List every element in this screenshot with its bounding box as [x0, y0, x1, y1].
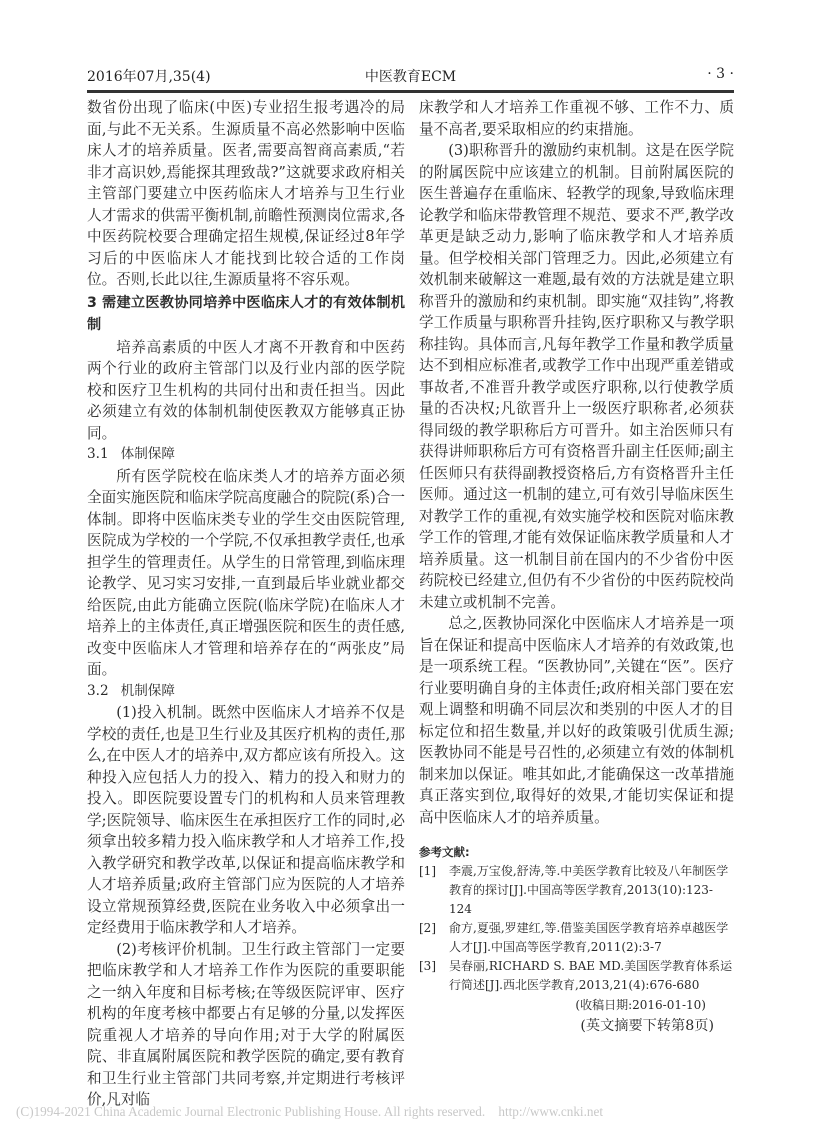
reference-item: [3]吴春丽,RICHARD S. BAE MD.美国医学教育体系运行简述[J]… [419, 957, 734, 995]
references-heading: 参考文献: [419, 842, 734, 862]
paragraph-continuation: 数省份出现了临床(中医)专业招生报考遇冷的局面,与此不无关系。生源质量不高必然影… [87, 97, 405, 291]
promotion-mechanism-paragraph: (3)职称晋升的激励约束机制。这是在医学院的附属医院中应该建立的机制。目前附属医… [419, 140, 734, 613]
reference-text: 俞方,夏强,罗建红,等.借鉴美国医学教育培养卓越医学人才[J].中国高等医学教育… [449, 921, 728, 954]
reference-text: 李震,万宝俊,舒涛,等.中美医学教育比较及八年制医学教育的探讨[J].中国高等医… [449, 864, 728, 916]
reference-number: [3] [419, 957, 449, 976]
subsection-3-1-text: 所有医学院校在临床类人才的培养方面必须全面实施医院和临床学院高度融合的院院(系)… [87, 466, 405, 681]
page-number: · 3 · [707, 66, 734, 82]
left-column: 数省份出现了临床(中医)专业招生报考遇冷的局面,与此不无关系。生源质量不高必然影… [87, 97, 405, 1111]
right-column: 床教学和人才培养工作重视不够、工作不力、质量不高者,要采取相应的约束措施。 (3… [419, 97, 734, 1037]
investment-mechanism-paragraph: (1)投入机制。既然中医临床人才培养不仅是学校的责任,也是卫生行业及其医疗机构的… [87, 702, 405, 939]
subsection-3-2-heading: 3.2机制保障 [87, 681, 405, 703]
section-3-intro: 培养高素质的中医人才离不开教育和中医药两个行业的政府主管部门以及行业内部的医学院… [87, 337, 405, 445]
reference-text: 吴春丽,RICHARD S. BAE MD.美国医学教育体系运行简述[J].西北… [449, 959, 732, 992]
section-3-heading: 3 需建立医教协同培养中医临床人才的有效体制机制 [87, 292, 405, 336]
reference-item: [1]李震,万宝俊,舒涛,等.中美医学教育比较及八年制医学教育的探讨[J].中国… [419, 862, 734, 919]
reference-number: [1] [419, 862, 449, 881]
reference-number: [2] [419, 919, 449, 938]
subsection-title: 机制保障 [121, 683, 175, 699]
evaluation-mechanism-paragraph: (2)考核评价机制。卫生行政主管部门一定要把临床教学和人才培养工作作为医院的重要… [87, 939, 405, 1111]
continued-note: (英文摘要下转第8页) [419, 1015, 734, 1037]
reference-item: [2]俞方,夏强,罗建红,等.借鉴美国医学教育培养卓越医学人才[J].中国高等医… [419, 919, 734, 957]
subsection-3-1-heading: 3.1体制保障 [87, 444, 405, 466]
paragraph-continuation: 床教学和人才培养工作重视不够、工作不力、质量不高者,要采取相应的约束措施。 [419, 97, 734, 140]
subsection-title: 体制保障 [121, 446, 175, 462]
journal-name: 中医教育ECM [87, 66, 734, 86]
subsection-number: 3.2 [87, 683, 109, 699]
received-date: (收稿日期:2016-01-10) [419, 995, 734, 1015]
copyright-footer: (C)1994-2021 China Academic Journal Elec… [16, 1104, 603, 1120]
running-header: 2016年07月,35(4) 中医教育ECM · 3 · [87, 60, 734, 90]
header-rule [87, 90, 734, 93]
conclusion-paragraph: 总之,医教协同深化中医临床人才培养是一项旨在保证和提高中医临床人才培养的有效政策… [419, 613, 734, 828]
reference-list: [1]李震,万宝俊,舒涛,等.中美医学教育比较及八年制医学教育的探讨[J].中国… [419, 862, 734, 995]
subsection-number: 3.1 [87, 446, 109, 462]
